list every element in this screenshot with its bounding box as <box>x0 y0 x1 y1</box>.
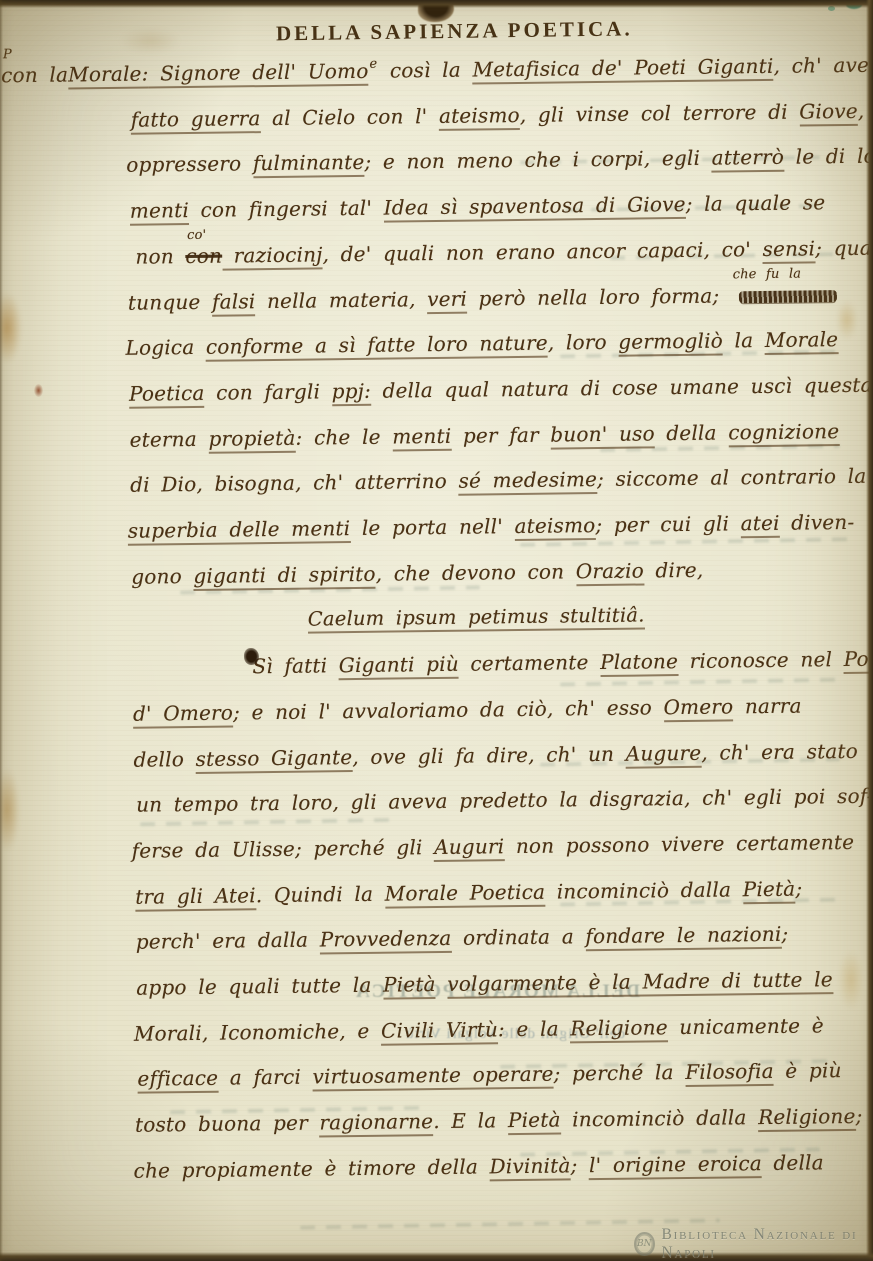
manuscript-line: di Dio, bisogna, ch' atterrino sé medesi… <box>130 464 867 497</box>
underlined-word: fatto guerra <box>131 106 261 135</box>
manuscript-line: tunque falsi nella materia, veri però ne… <box>128 282 839 315</box>
underlined-word: Giganti più <box>339 652 459 680</box>
ms-text: tosto buona per <box>135 1111 320 1137</box>
manuscript-line: eterna propietà: che le menti per far bu… <box>129 419 839 452</box>
ms-text: diven- <box>780 510 855 535</box>
interlinear-insertion: P <box>3 47 12 62</box>
ms-text: così la <box>378 58 472 83</box>
ms-text: certamente <box>459 650 601 676</box>
manuscript-line: Caelum ipsum petimus stultitiâ. <box>308 604 645 631</box>
ms-text: con fingersi tal' <box>189 196 384 222</box>
ms-text: ; <box>781 922 788 946</box>
ms-text: . E la <box>433 1108 508 1133</box>
ms-text: ; la quale se <box>686 190 826 216</box>
underlined-word: Omero <box>663 694 733 722</box>
underlined-word: volgarmente è la Madre di tutte le <box>447 967 833 999</box>
ms-text: della <box>762 1150 824 1175</box>
crossed-out-word <box>739 290 837 303</box>
underlined-word: ateismo <box>514 513 595 541</box>
ms-text: ; siccome al contrario la <box>597 464 867 491</box>
ms-text: Logica <box>125 335 206 360</box>
underlined-word: Orazio <box>576 558 644 586</box>
scan-edge-right <box>866 0 873 1261</box>
ms-text: ; per cui gli <box>595 511 741 537</box>
underlined-word: Morale Poetica <box>385 879 546 908</box>
manuscript-line: efficace a farci virtuosamente operare; … <box>137 1058 841 1091</box>
ms-text: di Dio, bisogna, ch' atterrino <box>130 469 459 497</box>
manuscript-line: con la PMorale: Signore dell' Uomoe così… <box>1 52 873 87</box>
ms-text: ; <box>855 1104 862 1128</box>
ms-text: ordinata a <box>451 925 585 951</box>
underlined-word: Pietà <box>383 972 436 1000</box>
manuscript-lines: con la PMorale: Signore dell' Uomoe così… <box>0 0 873 1261</box>
library-logo-icon: BN <box>634 1232 655 1256</box>
underlined-word: tra gli Atei <box>135 883 256 911</box>
correction-group: che fu la <box>731 282 839 307</box>
ms-text: non possono vivere certamente <box>504 830 854 858</box>
ms-text: è più <box>774 1058 842 1083</box>
underlined-word: l' origine eroica <box>589 1151 762 1180</box>
manuscript-line: che propiamente è timore della Divinità;… <box>133 1150 824 1182</box>
underlined-word: sensi <box>762 236 815 264</box>
underlined-word: Poetica <box>129 381 205 409</box>
underlined-word: Filosofia <box>685 1059 774 1087</box>
ms-text: con fargli <box>204 379 331 405</box>
ms-text: ; perché la <box>553 1060 685 1086</box>
library-watermark-label: Biblioteca Nazionale di Napoli <box>662 1226 873 1261</box>
manuscript-line: dello stesso Gigante, ove gli fa dire, c… <box>133 738 858 771</box>
underlined-word: ragionarne <box>319 1109 433 1137</box>
underlined-word: fulminante <box>253 150 365 178</box>
ms-text: , che devono con <box>376 559 576 585</box>
ms-text: ; e non meno che i corpi, egli <box>364 146 712 174</box>
underlined-word: Morale: <box>68 61 149 89</box>
manuscript-line: menti con fingersi tal' Idea sì spavento… <box>130 190 826 222</box>
ms-text: le di loro <box>784 144 873 169</box>
ms-text: incominciò dalla <box>560 1105 758 1131</box>
manuscript-line: Logica conforme a sì fatte loro nature, … <box>125 327 838 360</box>
ms-text: incominciò dalla <box>545 877 743 903</box>
underlined-word: Pietà <box>743 876 796 904</box>
underlined-word: raziocinj <box>222 242 323 270</box>
ms-text: unicamente è <box>668 1013 824 1039</box>
underlined-word: germogliò <box>618 329 723 357</box>
underlined-word: giganti di spirito <box>193 561 376 590</box>
manuscript-line: tosto buona per ragionarne. E la Pietà i… <box>135 1104 863 1137</box>
paragraph-ink-mark <box>244 648 259 665</box>
ms-text: dire, <box>644 557 704 582</box>
ms-text: al Cielo con l' <box>260 104 439 130</box>
underlined-word: cognizione <box>728 419 839 447</box>
ms-text: , loro <box>548 330 619 355</box>
underlined-word: Religione <box>570 1015 668 1043</box>
ms-text <box>436 972 448 996</box>
underlined-word: atei <box>741 511 780 538</box>
ms-text: la <box>723 328 765 353</box>
underlined-word: d' Omero <box>133 700 233 728</box>
ms-text: però nella loro forma; <box>467 283 731 310</box>
ms-text: , de' quali non erano ancor capaci, co' <box>322 237 762 266</box>
underlined-word: Augure <box>626 740 702 768</box>
ms-text: , ch' era stato <box>701 738 858 764</box>
underlined-word: Idea sì spaventosa di Giove <box>384 192 686 223</box>
manuscript-line: appo le quali tutte la Pietà volgarmente… <box>136 967 833 1000</box>
ms-text: ; <box>570 1153 589 1177</box>
ms-text: con la <box>1 62 68 87</box>
underlined-word: Platone <box>600 649 678 677</box>
underlined-word: superbia delle menti <box>128 516 351 546</box>
ms-text: a farci <box>218 1065 313 1090</box>
manuscript-page: DELLA MORALE POETICA dell' Origini delle… <box>0 0 873 1261</box>
ms-text: Morali, Iconomiche, e <box>134 1018 381 1045</box>
manuscript-line: tra gli Atei. Quindi la Morale Poetica i… <box>135 876 802 908</box>
underlined-word: Civili Virtù <box>381 1017 498 1045</box>
underlined-word: atterrò <box>712 145 785 173</box>
underlined-word: sé medesime <box>458 467 597 496</box>
underlined-word: veri <box>427 286 467 313</box>
underlined-word: Metafisica de' Poeti Giganti <box>472 54 773 85</box>
ms-text: per far <box>451 422 550 447</box>
correction-group: conco' <box>185 243 222 267</box>
manuscript-line: un tempo tra loro, gli aveva predetto la… <box>136 784 873 817</box>
manuscript-line: perch' era dalla Provvedenza ordinata a … <box>136 922 789 954</box>
ms-text: della qual natura di cose umane uscì que… <box>371 373 873 403</box>
manuscript-line: Sì fatti Giganti più certamente Platone … <box>252 646 873 678</box>
ms-text: tunque <box>128 289 212 314</box>
ms-text: ; e noi l' avvaloriamo da ciò, ch' esso <box>233 695 664 724</box>
underlined-word: stesso Gigante <box>195 745 352 774</box>
underlined-word: Religione <box>758 1104 856 1132</box>
ms-text: non <box>135 244 185 269</box>
underlined-word: Pietà <box>508 1108 561 1136</box>
ms-text: ; quan- <box>815 235 873 260</box>
underlined-word: menti <box>392 423 451 451</box>
manuscript-line: Morali, Iconomiche, e Civili Virtù: e la… <box>134 1013 824 1045</box>
manuscript-line: Poetica con fargli ppj: della qual natur… <box>129 373 873 406</box>
underlined-word: Divinità <box>489 1153 570 1181</box>
ms-text: Sì fatti <box>252 653 339 678</box>
correction-group: con la P <box>1 62 68 87</box>
ms-text: riconosce nel <box>678 647 844 673</box>
underlined-word: efficace <box>137 1066 218 1094</box>
struck-word: con <box>185 243 222 267</box>
underlined-word: falsi <box>212 289 256 317</box>
underlined-word: Morale <box>765 327 839 355</box>
ms-text: . Quindi la <box>256 881 385 907</box>
interlinear-insertion: co' <box>187 228 206 243</box>
ms-text: appo le quali tutte la <box>136 973 383 1000</box>
interlinear-mark: e <box>369 57 377 72</box>
ms-text: ; <box>795 876 802 900</box>
ms-text: : che le <box>295 424 392 449</box>
ms-text: un tempo tra loro, gli aveva predetto la… <box>136 784 873 817</box>
ms-text: della <box>655 420 729 445</box>
manuscript-line: superbia delle menti le porta nell' atei… <box>128 510 855 543</box>
ms-text: eterna <box>129 426 208 451</box>
manuscript-line: d' Omero; e noi l' avvaloriamo da ciò, c… <box>133 693 802 725</box>
ms-text: dello <box>133 746 195 771</box>
ms-text: ferse da Ulisse; perché gli <box>132 835 435 863</box>
ms-text: perch' era dalla <box>136 928 320 954</box>
underlined-word: conforme a sì fatte loro nature <box>206 331 548 362</box>
underlined-word: propietà <box>208 425 295 453</box>
ms-text: le porta nell' <box>350 514 515 540</box>
underlined-word: Caelum ipsum petimus stultitiâ. <box>308 604 645 634</box>
underlined-word: fondare le nazioni <box>585 922 781 951</box>
ms-text: nella materia, <box>255 287 427 313</box>
ms-text: : e la <box>498 1016 571 1041</box>
ms-text: che propiamente è timore della <box>133 1154 489 1182</box>
underlined-word: Provvedenza <box>320 926 452 955</box>
underlined-word: Giove <box>799 99 858 127</box>
ms-text: , ove gli fa dire, ch' un <box>352 741 626 768</box>
ms-text: gono <box>131 564 193 589</box>
manuscript-line: fatto guerra al Cielo con l' ateismo, gl… <box>131 98 873 131</box>
interlinear-insertion: che fu la <box>733 266 802 282</box>
underlined-word: ppj: <box>331 379 371 406</box>
library-watermark: BN Biblioteca Nazionale di Napoli <box>634 1226 873 1261</box>
ms-text: , ch' avevano <box>773 52 873 78</box>
underlined-word: Signore dell' Uomo <box>148 59 368 89</box>
ms-text: oppressero <box>126 152 253 178</box>
manuscript-line: oppressero fulminante; e non meno che i … <box>126 144 873 177</box>
ms-text: , gli vinse col terrore di <box>520 99 800 126</box>
scan-edge-top <box>0 0 873 8</box>
underlined-word: menti <box>130 198 189 226</box>
ms-text: narra <box>733 693 802 718</box>
underlined-word: ateismo <box>439 103 520 131</box>
underlined-word: buon' uso <box>550 421 655 449</box>
scan-edge-left <box>0 0 3 1261</box>
underlined-word: Auguri <box>434 834 504 862</box>
underlined-word: virtuosamente operare <box>312 1062 553 1092</box>
manuscript-line: ferse da Ulisse; perché gli Auguri non p… <box>132 830 855 863</box>
manuscript-line: gono giganti di spirito, che devono con … <box>131 557 703 588</box>
manuscript-line: non conco' raziocinj, de' quali non eran… <box>135 235 873 268</box>
